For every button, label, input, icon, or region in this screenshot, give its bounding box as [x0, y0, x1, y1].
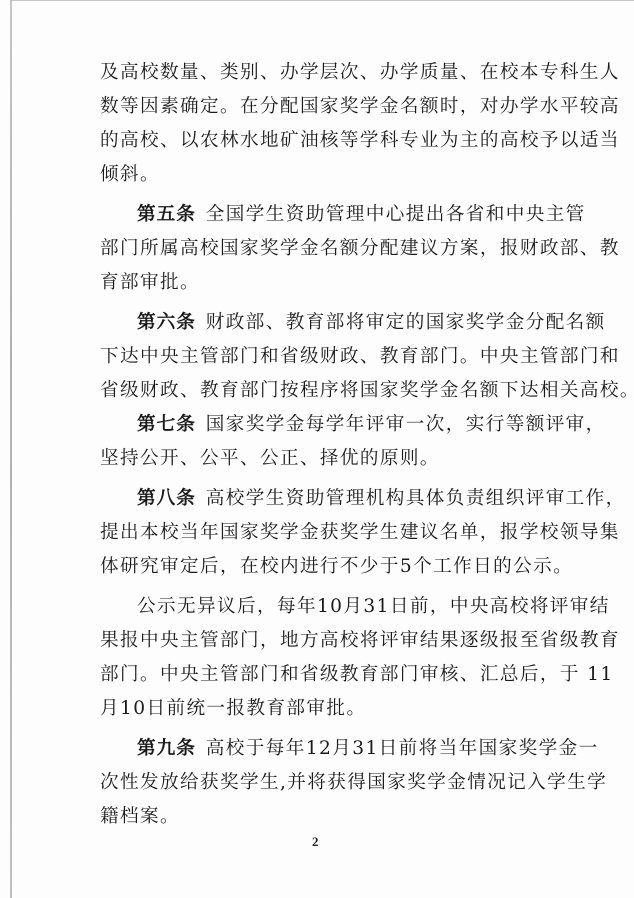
- paragraph-publicity: 公示无异议后，每年10月31日前，中央高校将评审结 果报中央主管部门，地方高校将…: [100, 592, 548, 728]
- text-line: 省级财政、教育部门按程序将国家奖学金名额下达相关高校。: [100, 376, 548, 410]
- article-9: 第九条高校于每年12月31日前将当年国家奖学金一 次性发放给获奖学生,并将获得国…: [100, 734, 548, 836]
- article-number: 第八条: [137, 488, 196, 509]
- scan-top-edge: [10, 0, 634, 1]
- text-line: 坚持公开、公平、公正、择优的原则。: [100, 444, 548, 478]
- article-8: 第八条高校学生资助管理机构具体负责组织评审工作， 提出本校当年国家奖学金获奖学生…: [100, 484, 548, 586]
- article-first-line: 第五条全国学生资助管理中心提出各省和中央主管: [100, 200, 548, 234]
- article-6: 第六条财政部、教育部将审定的国家奖学金分配名额 下达中央主管部门和省级财政、教育…: [100, 308, 548, 410]
- scan-left-edge: [10, 0, 12, 898]
- article-number: 第七条: [137, 414, 196, 435]
- article-text: 高校于每年12月31日前将当年国家奖学金一: [206, 738, 599, 759]
- text-line: 果报中央主管部门，地方高校将评审结果逐级报至省级教育: [100, 626, 548, 660]
- text-line: 的高校、以农林水地矿油核等学科专业为主的高校予以适当: [100, 126, 548, 160]
- article-number: 第九条: [137, 738, 196, 759]
- article-text: 国家奖学金每学年评审一次，实行等额评审，: [206, 414, 606, 435]
- text-line: 育部审批。: [100, 268, 548, 302]
- text-line: 下达中央主管部门和省级财政、教育部门。中央主管部门和: [100, 342, 548, 376]
- document-body: 及高校数量、类别、办学层次、办学质量、在校本专科生人 数等因素确定。在分配国家奖…: [100, 58, 548, 836]
- text-line: 及高校数量、类别、办学层次、办学质量、在校本专科生人: [100, 58, 548, 92]
- document-page: 及高校数量、类别、办学层次、办学质量、在校本专科生人 数等因素确定。在分配国家奖…: [0, 0, 634, 898]
- article-first-line: 第六条财政部、教育部将审定的国家奖学金分配名额: [100, 308, 548, 342]
- text-line: 数等因素确定。在分配国家奖学金名额时，对办学水平较高: [100, 92, 548, 126]
- article-text: 高校学生资助管理机构具体负责组织评审工作，: [206, 488, 626, 509]
- article-first-line: 第九条高校于每年12月31日前将当年国家奖学金一: [100, 734, 548, 768]
- article-text: 全国学生资助管理中心提出各省和中央主管: [206, 204, 586, 225]
- text-line: 部门。中央主管部门和省级教育部门审核、汇总后，于 11: [100, 660, 548, 694]
- text-line: 次性发放给获奖学生,并将获得国家奖学金情况记入学生学: [100, 768, 548, 802]
- article-number: 第五条: [137, 204, 196, 225]
- article-number: 第六条: [137, 312, 196, 333]
- text-line: 部门所属高校国家奖学金名额分配建议方案，报财政部、教: [100, 234, 548, 268]
- text-line: 体研究审定后，在校内进行不少于5个工作日的公示。: [100, 552, 548, 586]
- article-first-line: 第七条国家奖学金每学年评审一次，实行等额评审，: [100, 410, 548, 444]
- article-text: 财政部、教育部将审定的国家奖学金分配名额: [206, 312, 606, 333]
- article-first-line: 第八条高校学生资助管理机构具体负责组织评审工作，: [100, 484, 548, 518]
- text-line: 提出本校当年国家奖学金获奖学生建议名单，报学校领导集: [100, 518, 548, 552]
- text-line: 籍档案。: [100, 802, 548, 836]
- paragraph-continuation: 及高校数量、类别、办学层次、办学质量、在校本专科生人 数等因素确定。在分配国家奖…: [100, 58, 548, 194]
- page-number: 2: [312, 834, 319, 850]
- text-line: 月10日前统一报教育部审批。: [100, 694, 548, 728]
- text-line: 倾斜。: [100, 160, 548, 194]
- text-line: 公示无异议后，每年10月31日前，中央高校将评审结: [100, 592, 548, 626]
- article-7: 第七条国家奖学金每学年评审一次，实行等额评审， 坚持公开、公平、公正、择优的原则…: [100, 410, 548, 478]
- article-5: 第五条全国学生资助管理中心提出各省和中央主管 部门所属高校国家奖学金名额分配建议…: [100, 200, 548, 302]
